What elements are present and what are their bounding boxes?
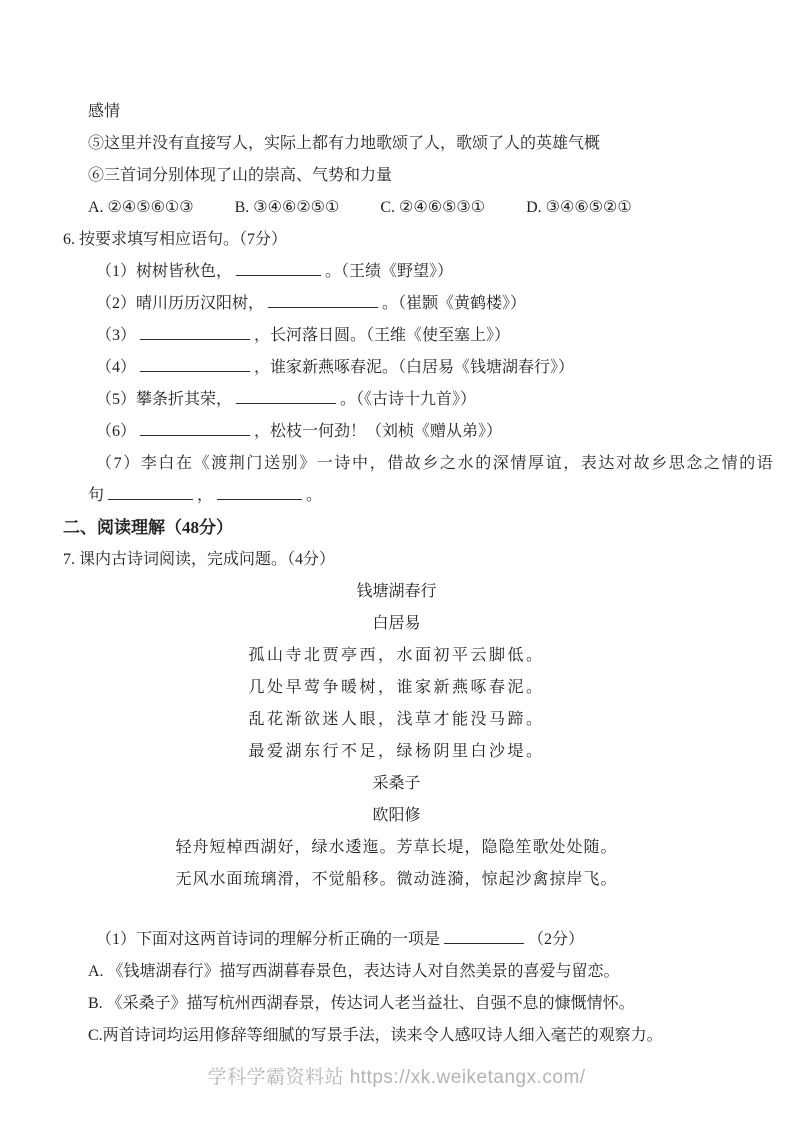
fill-item-4-post: ，谁家新燕啄春泥。（白居易《钱塘湖春行》） — [254, 359, 574, 376]
exam-page: 感情 ⑤这里并没有直接写人，实际上都有力地歌颂了人，歌颂了人的英雄气概 ⑥三首词… — [0, 0, 793, 1122]
q7-choice-b: B. 《采桑子》描写杭州西湖春景，传达词人老当益壮、自强不息的慷慨情怀。 — [0, 988, 793, 1020]
fill-item-3-pre: （3） — [96, 327, 136, 344]
answer-blank — [236, 390, 336, 404]
answer-blank — [140, 358, 250, 372]
intro-leading-text: 感情 — [0, 96, 793, 128]
choice-d: D. ③④⑥⑤②① — [526, 192, 632, 224]
answer-blank — [108, 486, 193, 500]
poem-1-line: 几处早莺争暖树，谁家新燕啄春泥。 — [0, 672, 793, 704]
fill-item-1: （1）树树皆秋色，。（王绩《野望》） — [0, 256, 793, 288]
question-7-heading: 7. 课内古诗词阅读，完成问题。（4分） — [0, 544, 793, 576]
fill-item-3: （3），长河落日圆。（王维《使至塞上》） — [0, 320, 793, 352]
q7-choice-c: C.两首诗词均运用修辞等细腻的写景手法，读来令人感叹诗人细入毫芒的观察力。 — [0, 1020, 793, 1052]
fill-item-5-post: 。（《古诗十九首》） — [340, 391, 476, 408]
fill-item-3-post: ，长河落日圆。（王维《使至塞上》） — [254, 327, 510, 344]
choice-b: B. ③④⑥②⑤① — [235, 192, 340, 224]
fill-item-5-pre: （5）攀条折其荣， — [96, 391, 232, 408]
poem-2-line: 轻舟短棹西湖好，绿水逶迤。芳草长堤，隐隐笙歌处处随。 — [0, 832, 793, 864]
fill-item-4: （4），谁家新燕啄春泥。（白居易《钱塘湖春行》） — [0, 352, 793, 384]
q7-choice-a: A. 《钱塘湖春行》描写西湖暮春景色，表达诗人对自然美景的喜爱与留恋。 — [0, 956, 793, 988]
choice-a: A. ②④⑤⑥①③ — [88, 192, 194, 224]
fill-item-7-post: 。 — [306, 487, 322, 504]
question-7-sub-1: （1）下面对这两首诗词的理解分析正确的一项是（2分） — [0, 924, 793, 956]
fill-item-2-pre: （2）晴川历历汉阳树， — [96, 295, 264, 312]
section-2-heading: 二、阅读理解（48分） — [0, 512, 793, 544]
question-7-sub-1-post: （2分） — [528, 931, 584, 948]
fill-item-7-line2: 句，。 — [0, 480, 793, 512]
footer-watermark: 学科学霸资料站 https://xk.weiketangx.com/ — [0, 1062, 793, 1089]
answer-blank — [140, 422, 250, 436]
choice-c: C. ②④⑥⑤③① — [380, 192, 485, 224]
answer-blank — [268, 294, 378, 308]
fill-item-7-line1: （7）李白在《渡荆门送别》一诗中，借故乡之水的深情厚谊，表达对故乡思念之情的语 — [0, 448, 793, 480]
choice-row: A. ②④⑤⑥①③ B. ③④⑥②⑤① C. ②④⑥⑤③① D. ③④⑥⑤②① — [0, 192, 793, 224]
fill-item-5: （5）攀条折其荣，。（《古诗十九首》） — [0, 384, 793, 416]
fill-item-2-post: 。（崔颢《黄鹤楼》） — [382, 295, 526, 312]
poem-2-author: 欧阳修 — [0, 800, 793, 832]
fill-item-7-pre: 句 — [88, 487, 104, 504]
answer-blank — [236, 262, 321, 276]
poem-1-line: 孤山寺北贾亭西，水面初平云脚低。 — [0, 640, 793, 672]
poem-2-line: 无风水面琉璃滑，不觉船移。微动涟漪，惊起沙禽掠岸飞。 — [0, 864, 793, 896]
poem-1-line: 最爱湖东行不足，绿杨阴里白沙堤。 — [0, 736, 793, 768]
fill-item-6-pre: （6） — [96, 423, 136, 440]
answer-blank — [217, 486, 302, 500]
answer-blank — [140, 326, 250, 340]
fill-item-1-pre: （1）树树皆秋色， — [96, 263, 232, 280]
answer-blank — [444, 930, 524, 944]
intro-point-5: ⑤这里并没有直接写人，实际上都有力地歌颂了人，歌颂了人的英雄气概 — [0, 128, 793, 160]
fill-item-6-post: ，松枝一何劲！（刘桢《赠从弟》） — [254, 423, 502, 440]
fill-item-6: （6），松枝一何劲！（刘桢《赠从弟》） — [0, 416, 793, 448]
poem-1-title: 钱塘湖春行 — [0, 576, 793, 608]
fill-item-4-pre: （4） — [96, 359, 136, 376]
fill-item-2: （2）晴川历历汉阳树，。（崔颢《黄鹤楼》） — [0, 288, 793, 320]
poem-2-title: 采桑子 — [0, 768, 793, 800]
poem-1-line: 乱花渐欲迷人眼，浅草才能没马蹄。 — [0, 704, 793, 736]
fill-item-7-mid: ， — [197, 487, 213, 504]
question-6-heading: 6. 按要求填写相应语句。（7分） — [0, 224, 793, 256]
intro-point-6: ⑥三首词分别体现了山的崇高、气势和力量 — [0, 160, 793, 192]
question-7-sub-1-pre: （1）下面对这两首诗词的理解分析正确的一项是 — [96, 931, 440, 948]
poem-1-author: 白居易 — [0, 608, 793, 640]
fill-item-1-post: 。（王绩《野望》） — [325, 263, 453, 280]
